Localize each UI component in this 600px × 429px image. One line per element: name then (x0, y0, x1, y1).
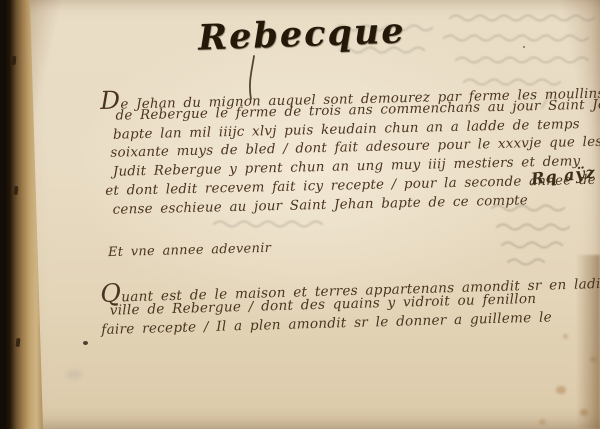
foxing-spot (556, 386, 566, 394)
stitch-mark (12, 56, 17, 65)
foxing-spot (580, 409, 588, 416)
foxing-spot (590, 357, 596, 362)
foxing-spot (563, 334, 568, 339)
faint-smudge (66, 370, 82, 379)
heading-title: Rebecque (197, 10, 406, 58)
foxing-spot (539, 419, 546, 425)
stitch-mark (14, 186, 19, 195)
manuscript-photo: Rebecque De Jehan du mignon auquel sont … (0, 0, 600, 429)
ink-speck (523, 46, 525, 48)
stitch-mark (16, 338, 21, 347)
parchment-page: Rebecque De Jehan du mignon auquel sont … (0, 0, 600, 429)
main-paragraph: De Jehan du mignon auquel sont demourez … (100, 78, 600, 222)
ink-spot (83, 341, 88, 345)
